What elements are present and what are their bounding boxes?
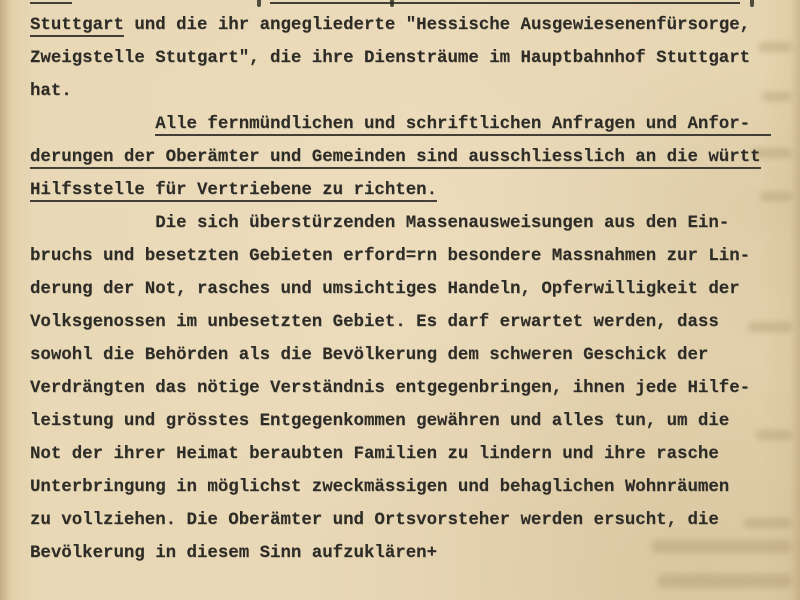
underlined-text-segment: derungen der Oberämter und Gemeinden sin… xyxy=(30,148,761,169)
document-page: nach der Unterbringung ausschliesslich d… xyxy=(0,0,800,600)
document-text: nach der Unterbringung ausschliesslich d… xyxy=(30,0,771,570)
text-line-6: derungen der Oberämter und Gemeinden sin… xyxy=(30,141,771,174)
text-segment: leistung und grösstes Entgegenkommen gew… xyxy=(30,412,729,431)
text-segment: Unterbringung in möglichst zweckmässigen… xyxy=(30,478,729,497)
page-right-edge-shadow xyxy=(790,0,800,600)
underlined-text-segment: Stuttgart xyxy=(30,16,124,37)
text-line-17: zu vollziehen. Die Oberämter und Ortsvor… xyxy=(30,504,771,537)
underlined-text-segment: Alle fernmündlichen und schriftlichen An… xyxy=(155,115,771,136)
text-line-2: Stuttgart und die ihr angegliederte "Hes… xyxy=(30,9,771,42)
text-line-16: Unterbringung in möglichst zweckmässigen… xyxy=(30,471,771,504)
text-segment: Verdrängten das nötige Verständnis entge… xyxy=(30,379,750,398)
text-line-15: Not der ihrer Heimat beraubten Familien … xyxy=(30,438,771,471)
text-line-18: Bevölkerung in diesem Sinn aufzuklären+ xyxy=(30,537,771,570)
text-segment: sowohl die Behörden als die Bevölkerung … xyxy=(30,346,708,365)
text-segment: Volksgenossen im unbesetzten Gebiet. Es … xyxy=(30,313,719,332)
text-segment: bruchs und besetzten Gebieten erford=rn … xyxy=(30,247,750,266)
text-line-9: bruchs und besetzten Gebieten erford=rn … xyxy=(30,240,771,273)
text-segment: Not der ihrer Heimat beraubten Familien … xyxy=(30,445,719,464)
text-line-3: Zweigstelle Stutgart", die ihre Diensträ… xyxy=(30,42,771,75)
text-segment: der Unterbringung xyxy=(72,0,270,2)
underlined-text-segment: nach xyxy=(30,0,72,4)
underlined-text-segment: Hilfsstelle für Vertriebene zu richten. xyxy=(30,181,437,202)
page-left-edge-shadow xyxy=(0,0,12,600)
text-line-5: Alle fernmündlichen und schriftlichen An… xyxy=(30,108,771,141)
text-line-13: Verdrängten das nötige Verständnis entge… xyxy=(30,372,771,405)
text-segment xyxy=(30,115,155,134)
text-line-10: derung der Not, rasches und umsichtiges … xyxy=(30,273,771,306)
bleed-through-artifact xyxy=(658,574,792,588)
text-line-4: hat. xyxy=(30,75,771,108)
text-line-11: Volksgenossen im unbesetzten Gebiet. Es … xyxy=(30,306,771,339)
text-segment: Bevölkerung in diesem Sinn aufzuklären+ xyxy=(30,544,437,563)
text-segment: und die ihr angegliederte "Hessische Aus… xyxy=(124,16,750,35)
text-segment: hat. xyxy=(30,82,72,101)
underlined-text-segment: ausschliesslich durch die Reichsbahndire… xyxy=(270,0,740,4)
text-segment: derung der Not, rasches und umsichtiges … xyxy=(30,280,740,299)
text-segment: zu vollziehen. Die Oberämter und Ortsvor… xyxy=(30,511,719,530)
text-line-14: leistung und grösstes Entgegenkommen gew… xyxy=(30,405,771,438)
text-line-8: Die sich überstürzenden Massenausweisung… xyxy=(30,207,771,240)
text-line-12: sowohl die Behörden als die Bevölkerung … xyxy=(30,339,771,372)
text-line-7: Hilfsstelle für Vertriebene zu richten. xyxy=(30,174,771,207)
text-line-1: nach der Unterbringung ausschliesslich d… xyxy=(30,0,771,9)
text-segment: Zweigstelle Stutgart", die ihre Diensträ… xyxy=(30,49,750,68)
text-segment: Die sich überstürzenden Massenausweisung… xyxy=(30,214,729,233)
